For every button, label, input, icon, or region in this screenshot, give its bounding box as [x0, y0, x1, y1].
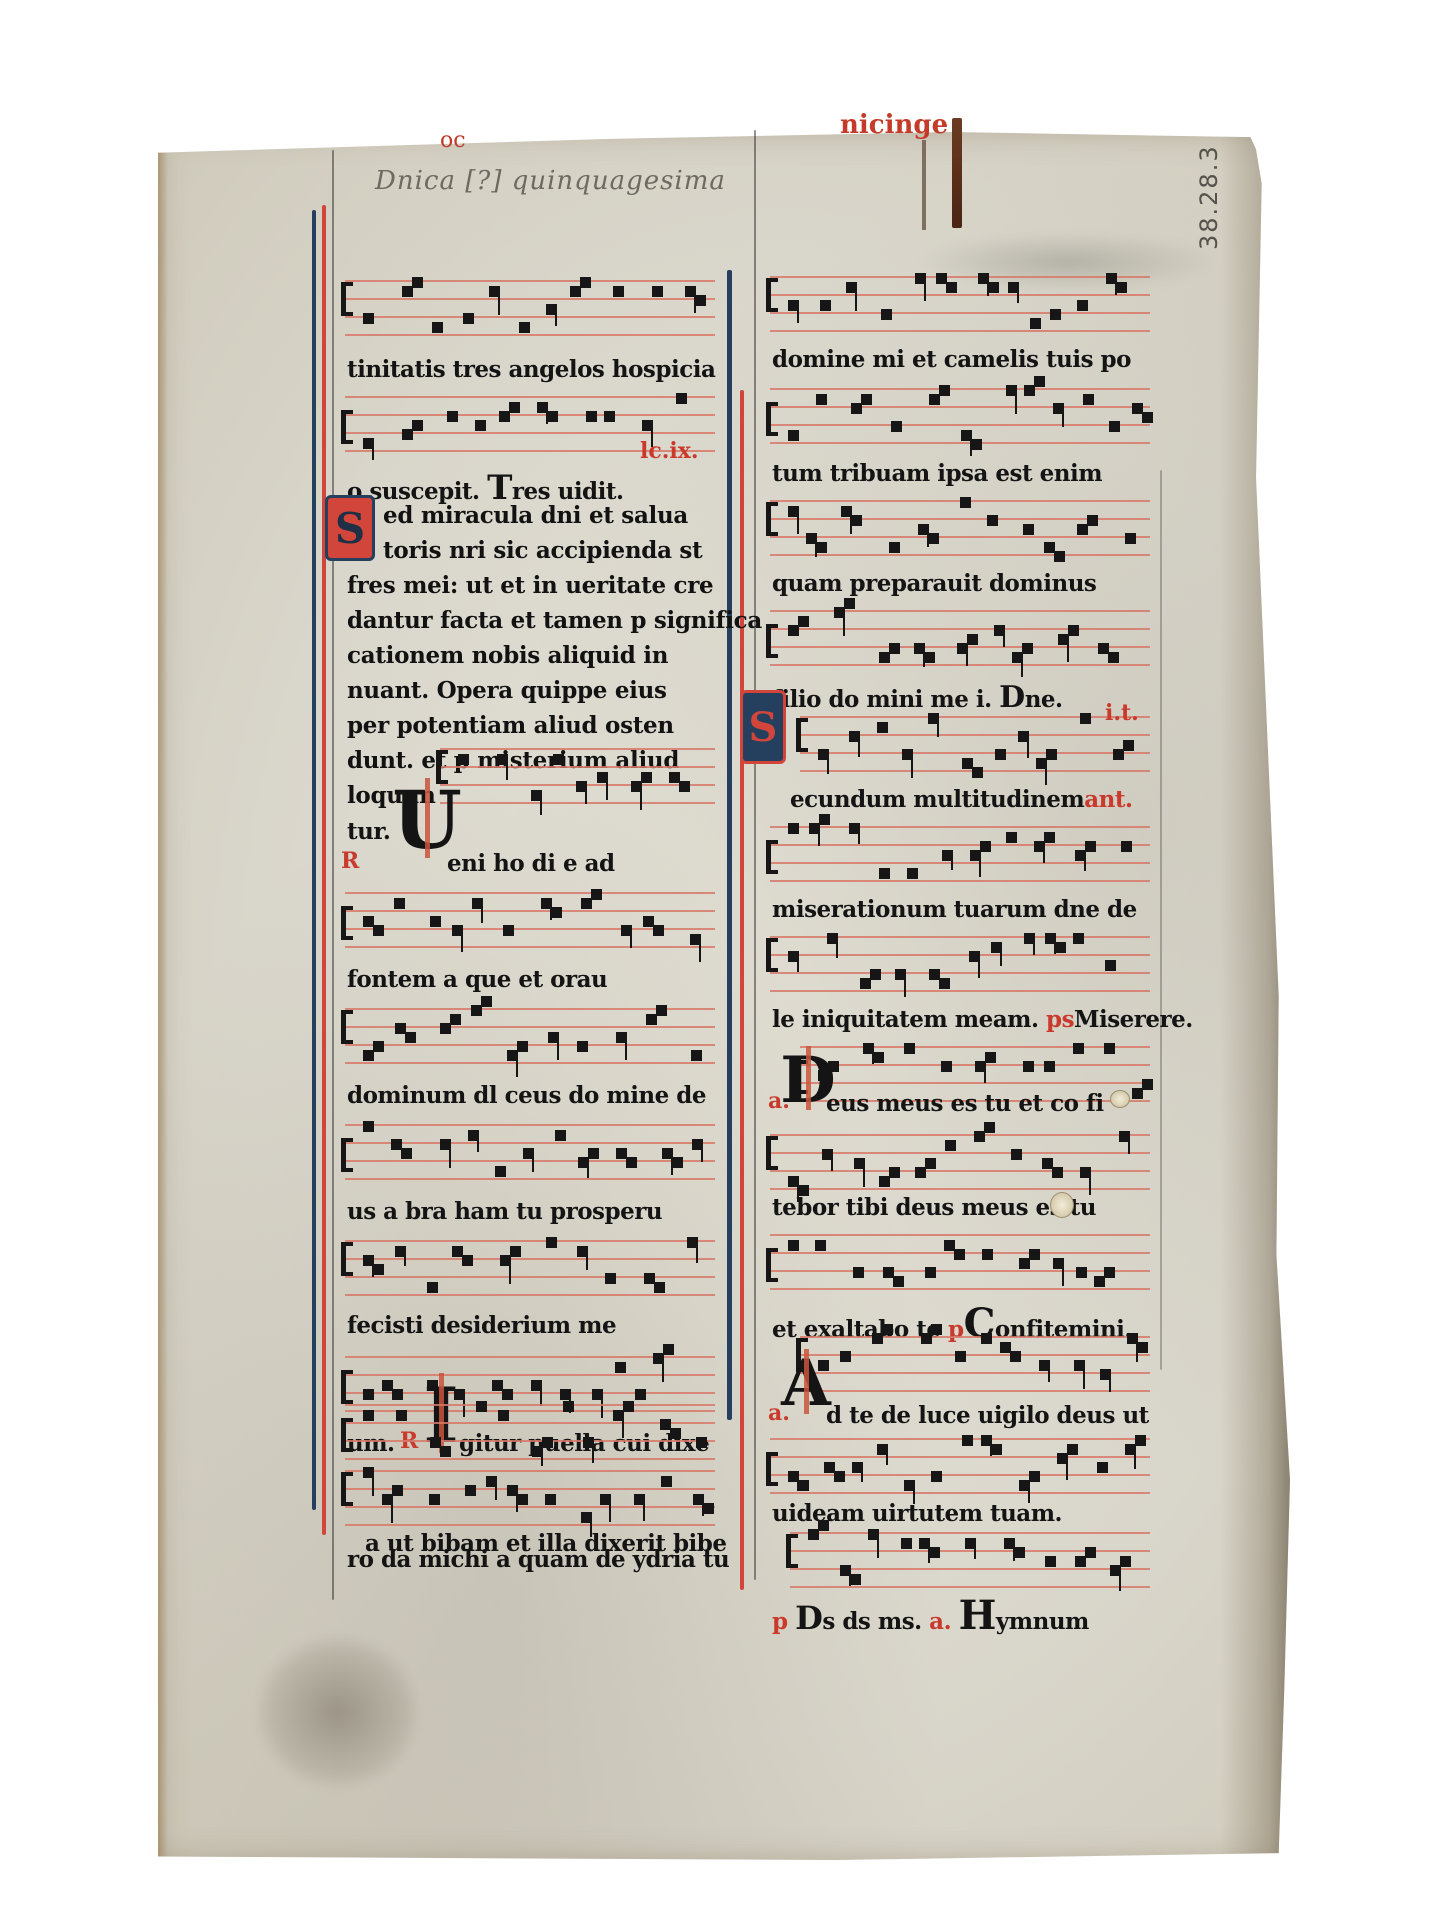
neume [954, 1249, 965, 1260]
neume [873, 1052, 884, 1063]
initial-d: D [790, 1040, 826, 1120]
neume [363, 1389, 374, 1400]
neume [373, 1264, 384, 1275]
staff-line [345, 1044, 715, 1046]
c-clef-icon [341, 1242, 353, 1276]
neume [955, 1351, 966, 1362]
neume [401, 1148, 412, 1159]
c-clef-icon [341, 1370, 353, 1404]
neume [928, 533, 939, 544]
neume-stem [1027, 737, 1029, 758]
staff [790, 1532, 1150, 1594]
neume [613, 286, 624, 297]
neume [1029, 1471, 1040, 1482]
neume [819, 814, 830, 825]
neume [1137, 1342, 1148, 1353]
neume [394, 898, 405, 909]
neume-stem [1066, 1459, 1068, 1480]
staff [800, 716, 1150, 778]
sung-text-line: tum tribuam ipsa est enim [772, 460, 1150, 487]
neume [967, 634, 978, 645]
neume [695, 295, 706, 306]
sung-text-line: us a bra ham tu prosperu [347, 1198, 715, 1225]
neume [517, 1041, 528, 1052]
shelfmark: 38.28.3 [1195, 144, 1223, 250]
sung-text-line: eni ho di e ad [447, 850, 715, 877]
parchment-hole [1110, 1090, 1130, 1108]
neume [654, 1282, 665, 1293]
neume-stem [1048, 1366, 1050, 1382]
sung-text-line: ecundum multitudinemant. [790, 786, 1150, 813]
neume-stem [1043, 847, 1045, 863]
staff-line [770, 406, 1150, 408]
neume [1067, 1444, 1078, 1455]
neume [1085, 841, 1096, 852]
leaf-edge-right [1220, 132, 1290, 1860]
staff [770, 276, 1150, 338]
staff-line [800, 1354, 1150, 1356]
neume [907, 868, 918, 879]
psalm-mark: p [772, 1608, 788, 1635]
neume [1125, 533, 1136, 544]
neume [877, 722, 888, 733]
neume-stem [797, 306, 799, 323]
staff-line [345, 280, 715, 282]
staff-line [800, 1390, 1150, 1392]
neume-stem [540, 1386, 542, 1406]
staff-line [345, 1160, 715, 1162]
neume [1135, 1435, 1146, 1446]
initial-h: H [959, 1592, 996, 1639]
neume-stem [797, 512, 799, 534]
neume [577, 1041, 588, 1052]
neume [412, 420, 423, 431]
neume [1045, 1556, 1056, 1567]
neume [519, 322, 530, 333]
staff-line [345, 946, 715, 948]
neume [1046, 749, 1057, 760]
neume [652, 286, 663, 297]
neume-stem [372, 1473, 374, 1496]
staff-line [345, 396, 715, 398]
staff [345, 1008, 715, 1070]
neume [889, 643, 900, 654]
neume [1076, 1267, 1087, 1278]
staff-line [790, 1550, 1150, 1552]
neume [904, 1043, 915, 1054]
staff-line [770, 664, 1150, 666]
neume [635, 1389, 646, 1400]
c-clef-icon [341, 1418, 353, 1452]
neume [412, 277, 423, 288]
c-clef-icon [341, 1472, 353, 1506]
neume-stem [643, 1500, 645, 1521]
neume-stem [585, 787, 587, 804]
neume-stem [662, 1359, 664, 1382]
staff-line [770, 536, 1150, 538]
neume [551, 907, 562, 918]
neume [1010, 1351, 1021, 1362]
neume-stem [701, 1145, 703, 1162]
neume [939, 978, 950, 989]
neume [432, 322, 443, 333]
staff-line [345, 1374, 715, 1376]
staff-line [345, 1276, 715, 1278]
right-border-rule [1160, 470, 1162, 1370]
neume-stem [836, 939, 838, 958]
neume-stem [609, 1500, 611, 1522]
neume [555, 1130, 566, 1141]
neume [626, 1157, 637, 1168]
staff [770, 1234, 1150, 1296]
neume [481, 996, 492, 1007]
neume-stem [984, 1067, 986, 1083]
neume [1120, 1556, 1131, 1567]
neume [462, 1255, 473, 1266]
neume [615, 1362, 626, 1373]
initial-u: U [407, 770, 447, 870]
neume-stem [978, 957, 980, 978]
neume-stem [461, 931, 463, 952]
left-border-blue [312, 210, 316, 1510]
neume [788, 1240, 799, 1251]
neume [945, 1140, 956, 1151]
neume [987, 515, 998, 526]
sung-text-line: le iniquitatem meam. psMiserere. [772, 1006, 1150, 1033]
neume [1142, 412, 1153, 423]
neume-stem [391, 1500, 393, 1523]
neume [502, 1389, 513, 1400]
sung-text-line: miserationum tuarum dne de [772, 896, 1150, 923]
neume [427, 1282, 438, 1293]
neume [1104, 1267, 1115, 1278]
neume-stem [477, 1136, 479, 1152]
sung-text-line: tebor tibi deus meus es tu [772, 1194, 1150, 1221]
neume [580, 277, 591, 288]
staff-line [345, 1178, 715, 1180]
neume [373, 925, 384, 936]
neume [447, 411, 458, 422]
neume [1029, 1249, 1040, 1260]
sung-text-line: fecisti desiderium me [347, 1312, 715, 1339]
neume [1006, 832, 1017, 843]
neume [429, 1494, 440, 1505]
neume [853, 1267, 864, 1278]
neume [1104, 1043, 1115, 1054]
neume [547, 411, 558, 422]
staff-line [770, 990, 1150, 992]
neume-stem [1109, 1375, 1111, 1392]
sung-text-line: eus meus es tu et co fi [826, 1090, 1150, 1117]
neume [879, 868, 890, 879]
neume-stem [827, 755, 829, 774]
neume-stem [1119, 1571, 1121, 1591]
staff-line [770, 1188, 1150, 1190]
lesson-line: ed miracula dni et salua [383, 502, 688, 529]
cut-strip-thin [922, 140, 926, 230]
neume [498, 1410, 509, 1421]
neume-stem [966, 649, 968, 666]
neume [546, 1237, 557, 1248]
neume [834, 1471, 845, 1482]
neume-stem [587, 1163, 589, 1178]
neume-stem [372, 444, 374, 460]
neume [840, 1351, 851, 1362]
neume [510, 1246, 521, 1257]
initial-a: A [786, 1342, 826, 1424]
neume [1023, 1061, 1034, 1072]
neume-stem [1045, 764, 1047, 785]
neume [703, 1503, 714, 1514]
neume-stem [1017, 288, 1019, 303]
neume [929, 1547, 940, 1558]
neume [1123, 740, 1134, 751]
c-clef-icon [341, 282, 353, 316]
staff-line [800, 716, 1150, 718]
staff-line [440, 802, 715, 804]
staff [345, 1124, 715, 1186]
initial-d-small: D [795, 1599, 822, 1637]
staff-line [345, 1124, 715, 1126]
neume [458, 754, 469, 765]
left-column: tinitatis tres angelos hospicia o suscep… [345, 270, 715, 1570]
neume-stem [843, 613, 845, 636]
c-clef-icon [766, 1136, 778, 1170]
rubric-top-left: oc [440, 128, 466, 153]
neume [1073, 1043, 1084, 1054]
psalm-mark: ps [1046, 1006, 1074, 1033]
neume [405, 1032, 416, 1043]
lesson-rubric: lc.ix. [640, 438, 699, 464]
neume [670, 1428, 681, 1439]
neume-stem [1134, 1450, 1136, 1469]
neume [984, 1122, 995, 1133]
neume-stem [606, 778, 608, 800]
staff-line [770, 442, 1150, 444]
center-border-rule [754, 130, 756, 1580]
neume [663, 1344, 674, 1355]
neume-stem [911, 755, 913, 778]
neume [1023, 524, 1034, 535]
neume [850, 1574, 861, 1585]
neume [363, 1410, 374, 1421]
neume [925, 1267, 936, 1278]
neume [1068, 625, 1079, 636]
neume-stem [625, 1038, 627, 1060]
staff-line [345, 1524, 715, 1526]
neume-stem [1062, 409, 1064, 427]
staff [345, 1240, 715, 1302]
neume [641, 772, 652, 783]
lesson-line: cationem nobis aliquid in [347, 642, 668, 669]
c-clef-icon [766, 278, 778, 312]
neume [542, 1437, 553, 1448]
neume [1073, 933, 1084, 944]
neume-stem [1062, 1264, 1064, 1286]
staff-line [770, 330, 1150, 332]
neume [1080, 713, 1091, 724]
neume [901, 1538, 912, 1549]
neume [661, 1476, 672, 1487]
staff [770, 936, 1150, 998]
neume [931, 1471, 942, 1482]
neume-stem [532, 1154, 534, 1172]
neume [450, 1014, 461, 1025]
staff-line [770, 1234, 1150, 1236]
neume [1044, 1061, 1055, 1072]
staff [800, 1336, 1150, 1398]
staff-line [770, 972, 1150, 974]
neume [1142, 1079, 1153, 1090]
sung-text-line: quam preparauit dominus [772, 570, 1150, 597]
neume [1109, 421, 1120, 432]
neume [396, 1410, 407, 1421]
neume-stem [540, 796, 542, 815]
lesson-line: fres mei: ut et in ueritate cre [347, 572, 713, 599]
neume [980, 841, 991, 852]
neume [788, 430, 799, 441]
neume [363, 1121, 374, 1132]
neume [679, 781, 690, 792]
neume [430, 916, 441, 927]
neume-stem [555, 310, 557, 326]
neume [889, 1167, 900, 1178]
neume-stem [1003, 631, 1005, 647]
neume [476, 1401, 487, 1412]
antiphon-mark: ant. [1084, 786, 1132, 813]
neume [653, 925, 664, 936]
c-clef-icon [766, 1248, 778, 1282]
staff-line [770, 954, 1150, 956]
staff-line [345, 432, 715, 434]
cut-strip [952, 118, 962, 228]
neume [503, 925, 514, 936]
neume [844, 598, 855, 609]
neume [941, 1061, 952, 1072]
staff-line [770, 826, 1150, 828]
neume [962, 1435, 973, 1446]
c-clef-icon [796, 718, 808, 752]
staff-line [345, 910, 715, 912]
neume-stem [863, 1164, 865, 1187]
neume [1022, 643, 1033, 654]
neume-stem [630, 931, 632, 948]
neume [1097, 1462, 1108, 1473]
neume [816, 394, 827, 405]
c-clef-icon [786, 1534, 798, 1568]
antiphon-mark: a. [929, 1608, 951, 1635]
staff-line [770, 862, 1150, 864]
neume [851, 515, 862, 526]
neume-stem [877, 1535, 879, 1558]
neume [870, 969, 881, 980]
staff [440, 748, 715, 810]
neume [882, 1324, 893, 1335]
neume [696, 1437, 707, 1448]
staff [770, 610, 1150, 672]
neume [586, 411, 597, 422]
sung-text-line: tinitatis tres angelos hospicia [347, 356, 715, 383]
c-clef-icon [766, 502, 778, 536]
neume-stem [506, 760, 508, 780]
neume-stem [1083, 1366, 1085, 1389]
neume [588, 1148, 599, 1159]
initial-d-inline: D [999, 680, 1025, 715]
neume [392, 1485, 403, 1496]
neume [960, 497, 971, 508]
staff [345, 1470, 715, 1532]
staff-line [770, 424, 1150, 426]
lesson-initial: S [325, 495, 375, 561]
neume-stem [797, 957, 799, 972]
neume [1108, 652, 1119, 663]
right-column: domine mi et camelis tuis po tum tribuam… [770, 270, 1150, 1570]
sung-text-line: d te de luce uigilo deus ut [826, 1402, 1150, 1429]
neume-stem [557, 1038, 559, 1060]
staff-line [790, 1532, 1150, 1534]
neume [798, 1480, 809, 1491]
neume [1085, 1547, 1096, 1558]
neume-stem [1084, 856, 1086, 871]
staff [345, 1404, 715, 1466]
staff-line [345, 1440, 715, 1442]
neume [982, 1249, 993, 1260]
staff-line [800, 1372, 1150, 1374]
neume [1121, 841, 1132, 852]
staff-line [345, 892, 715, 894]
neume [363, 313, 374, 324]
neume [672, 1157, 683, 1168]
neume [1050, 309, 1061, 320]
neume-stem [831, 1155, 833, 1171]
staff-line [770, 1134, 1150, 1136]
staff-line [345, 1258, 715, 1260]
responsory-mark: R [341, 848, 359, 874]
neume [591, 889, 602, 900]
neume-stem [481, 904, 483, 923]
neume [1034, 376, 1045, 387]
neume-stem [1033, 939, 1035, 955]
neume [891, 421, 902, 432]
neume [995, 749, 1006, 760]
staff-line [440, 748, 715, 750]
neume-stem [886, 1450, 888, 1465]
neume-stem [818, 829, 820, 846]
staff-line [770, 1288, 1150, 1290]
neume-stem [586, 1252, 588, 1270]
neume [1055, 942, 1066, 953]
neume-stem [516, 1056, 518, 1077]
neume [972, 767, 983, 778]
neume [988, 282, 999, 293]
neume-stem [404, 1252, 406, 1266]
neume-stem [498, 292, 500, 315]
neume-stem [1000, 948, 1002, 966]
staff-line [440, 766, 715, 768]
neume-stem [541, 1452, 543, 1466]
staff-line [345, 1470, 715, 1472]
lesson-line: per potentiam aliud osten [347, 712, 674, 739]
neume-stem [1015, 391, 1017, 414]
neume-stem [861, 1468, 863, 1482]
neume-stem [904, 975, 906, 997]
neume-stem [924, 279, 926, 301]
neume [816, 542, 827, 553]
staff-line [770, 1170, 1150, 1172]
staff-line [345, 1506, 715, 1508]
neume [981, 1333, 992, 1344]
staff-line [345, 1404, 715, 1406]
